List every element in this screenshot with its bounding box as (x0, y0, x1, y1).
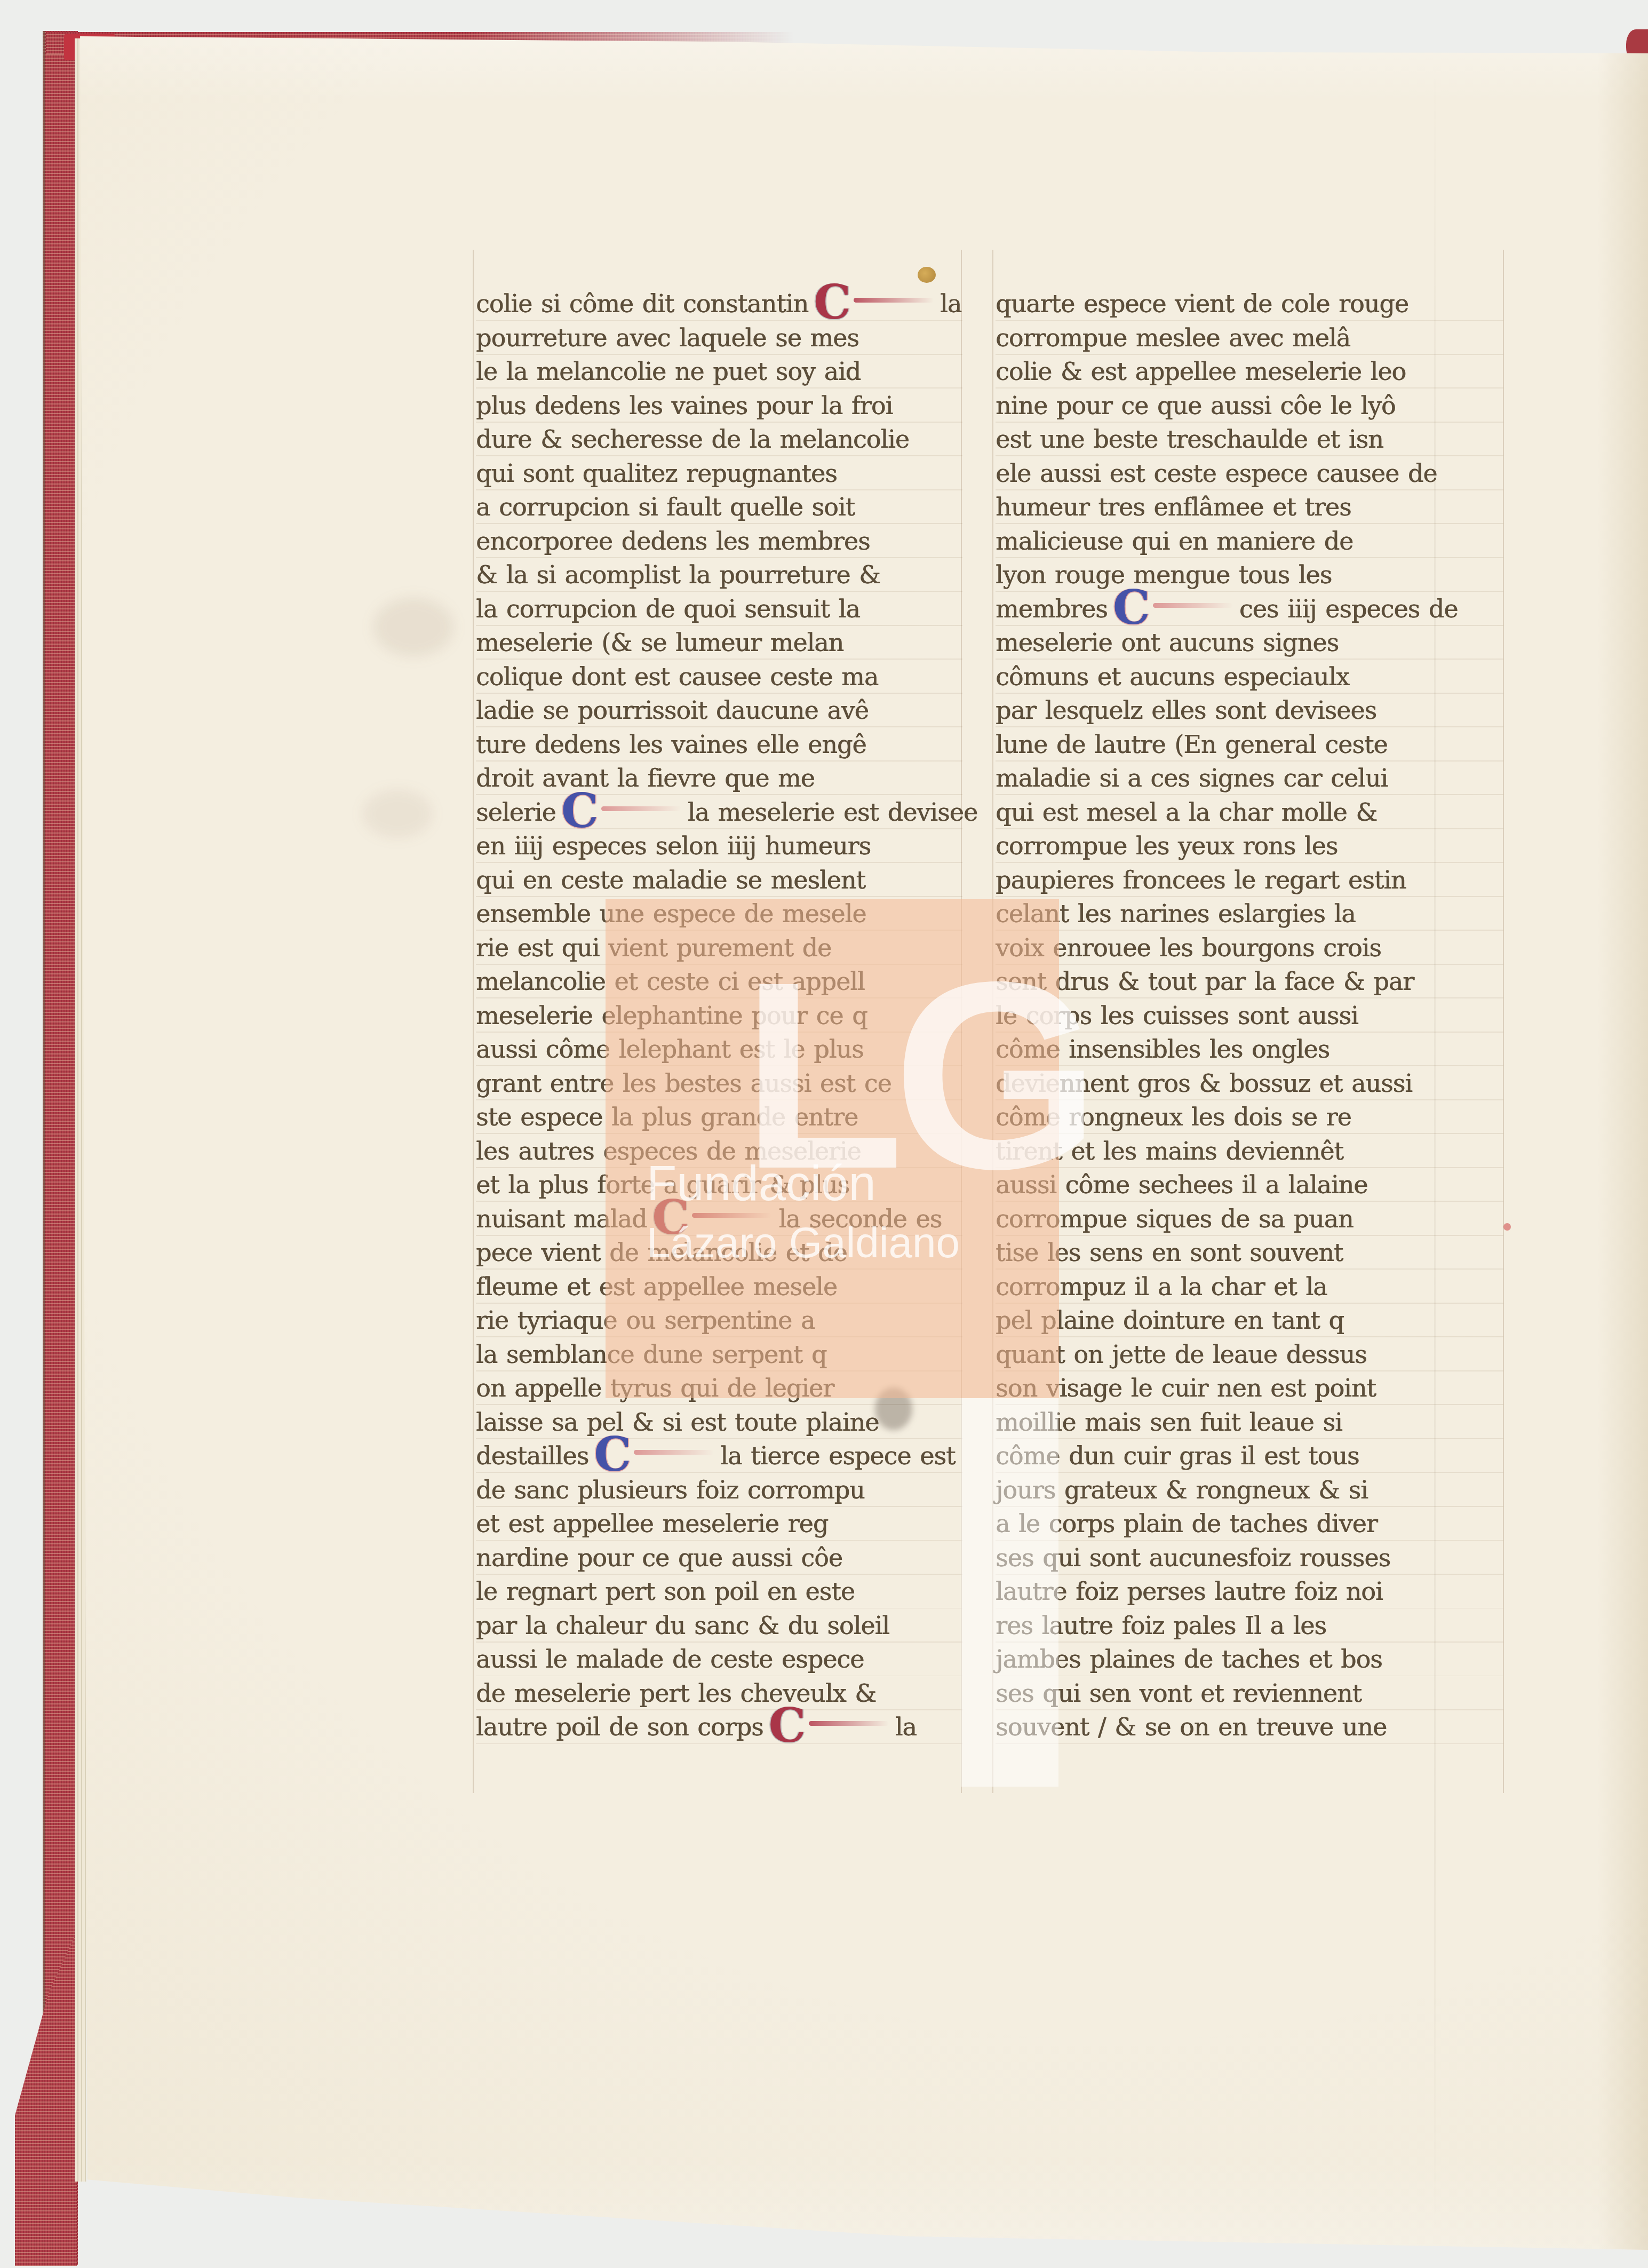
manuscript-line: ladie se pourrissoit daucune avê (476, 694, 962, 728)
manuscript-line: paupieres froncees le regart estin (996, 863, 1503, 898)
manuscript-line: qui est mesel a la char molle & (996, 796, 1503, 830)
manuscript-line: jambes plaines de taches et bos (996, 1643, 1503, 1677)
manuscript-line: ele aussi est ceste espece causee de (996, 457, 1503, 491)
manuscript-line: lyon rouge mengue tous les (996, 558, 1503, 592)
manuscript-line: malicieuse qui en maniere de (996, 525, 1503, 559)
margin-smudge (363, 790, 432, 838)
manuscript-line: lautre poil de son corpsCla (476, 1710, 962, 1744)
manuscript-text: la tierce espece est (720, 1441, 955, 1470)
manuscript-text: ces iiij especes de (1239, 594, 1458, 623)
manuscript-line: tise les sens en sont souvent (996, 1236, 1503, 1270)
manuscript-line: ses qui sont aucunesfoiz rousses (996, 1541, 1503, 1575)
manuscript-line: le la melancolie ne puet soy aid (476, 355, 962, 389)
manuscript-line: et est appellee meselerie reg (476, 1507, 962, 1541)
ink-smudge (875, 1387, 912, 1430)
manuscript-line: de sanc plusieurs foiz corrompu (476, 1473, 962, 1508)
manuscript-text: destailles (476, 1441, 588, 1470)
manuscript-line: encorporee dedens les membres (476, 525, 962, 559)
manuscript-line: nine pour ce que aussi côe le lyô (996, 389, 1503, 423)
manuscript-line: ste espece la plus grande entre (476, 1100, 962, 1135)
manuscript-line: souvent / & se on en treuve une (996, 1710, 1503, 1744)
manuscript-line: colique dont est causee ceste ma (476, 660, 962, 694)
manuscript-line: côme insensibles les ongles (996, 1033, 1503, 1067)
margin-smudge (373, 598, 453, 656)
text-column-right: quarte espece vient de cole rougecorromp… (996, 287, 1503, 1761)
manuscript-line: membresCces iiij especes de (996, 592, 1503, 627)
manuscript-line: res lautre foiz pales Il a les (996, 1609, 1503, 1643)
text-column-left: colie si côme dit constantinClapourretur… (476, 287, 962, 1761)
ruling-vertical (473, 250, 474, 1793)
manuscript-line: nardine pour ce que aussi côe (476, 1541, 962, 1575)
manuscript-line: qui sont qualitez repugnantes (476, 457, 962, 491)
manuscript-line: droit avant la fievre que me (476, 762, 962, 796)
manuscript-line: de meselerie pert les cheveulx & (476, 1677, 962, 1711)
manuscript-line: moillie mais sen fuit leaue si (996, 1406, 1503, 1440)
manuscript-line: quant on jette de leaue dessus (996, 1338, 1503, 1372)
manuscript-line: corrompue meslee avec melâ (996, 321, 1503, 355)
manuscript-line: dure & secheresse de la melancolie (476, 423, 962, 457)
manuscript-line: qui en ceste maladie se meslent (476, 863, 962, 898)
manuscript-line: lune de lautre (En general ceste (996, 728, 1503, 762)
manuscript-line: en iiij especes selon iiij humeurs (476, 829, 962, 863)
manuscript-line: est une beste treschaulde et isn (996, 423, 1503, 457)
manuscript-line: colie & est appellee meselerie leo (996, 355, 1503, 389)
manuscript-line: colie si côme dit constantinCla (476, 287, 962, 321)
manuscript-line: a le corps plain de taches diver (996, 1507, 1503, 1541)
manuscript-line: plus dedens les vaines pour la froi (476, 389, 962, 423)
decorated-initial: C (561, 806, 684, 811)
manuscript-line: par lesquelz elles sont devisees (996, 694, 1503, 728)
manuscript-line: meselerie ont aucuns signes (996, 626, 1503, 660)
manuscript-line: tirent et les mains deviennêt (996, 1135, 1503, 1169)
manuscript-text: la (895, 1712, 917, 1741)
manuscript-photo: colie si côme dit constantinClapourretur… (0, 0, 1648, 2268)
red-margin-mark (1503, 1223, 1511, 1231)
manuscript-line: selerieCla meselerie est devisee (476, 796, 962, 830)
manuscript-line: la corrupcion de quoi sensuit la (476, 592, 962, 627)
manuscript-line: voix enrouee les bourgons crois (996, 931, 1503, 965)
manuscript-line: rie tyriaque ou serpentine a (476, 1304, 962, 1338)
manuscript-line: a corrupcion si fault quelle soit (476, 490, 962, 525)
manuscript-text: selerie (476, 798, 556, 827)
manuscript-text: la meselerie est devisee (688, 798, 977, 827)
manuscript-line: par la chaleur du sanc & du soleil (476, 1609, 962, 1643)
manuscript-line: les autres especes de meselerie (476, 1135, 962, 1169)
decorated-initial: C (652, 1213, 775, 1218)
manuscript-line: humeur tres enflâmee et tres (996, 490, 1503, 525)
manuscript-line: deviennent gros & bossuz et aussi (996, 1067, 1503, 1101)
manuscript-line: pourreture avec laquele se mes (476, 321, 962, 355)
manuscript-line: meselerie elephantine pour ce q (476, 999, 962, 1033)
manuscript-line: ture dedens les vaines elle engê (476, 728, 962, 762)
binding-cloth-left (43, 31, 78, 2265)
manuscript-line: côme dun cuir gras il est tous (996, 1439, 1503, 1473)
manuscript-line: corrompue les yeux rons les (996, 829, 1503, 863)
manuscript-line: meselerie (& se lumeur melan (476, 626, 962, 660)
parchment-page: colie si côme dit constantinClapourretur… (0, 0, 1648, 2268)
manuscript-line: ensemble une espece de mesele (476, 897, 962, 931)
manuscript-line: destaillesCla tierce espece est (476, 1439, 962, 1473)
manuscript-text: membres (996, 594, 1108, 623)
manuscript-line: côme rongneux les dois se re (996, 1100, 1503, 1135)
manuscript-line: corrompue siques de sa puan (996, 1202, 1503, 1236)
manuscript-line: fleume et est appellee mesele (476, 1270, 962, 1304)
decorated-initial: C (769, 1721, 892, 1726)
manuscript-line: pel plaine dointure en tant q (996, 1304, 1503, 1338)
manuscript-text: colie si côme dit constantin (476, 289, 808, 318)
decorated-initial: C (1113, 603, 1236, 608)
manuscript-line: aussi le malade de ceste espece (476, 1643, 962, 1677)
manuscript-line: ses qui sen vont et reviennent (996, 1677, 1503, 1711)
manuscript-line: quarte espece vient de cole rouge (996, 287, 1503, 321)
manuscript-line: cômuns et aucuns especiaulx (996, 660, 1503, 694)
decorated-initial: C (594, 1450, 717, 1455)
manuscript-text: la (940, 289, 961, 318)
manuscript-text: la seconde es (778, 1204, 942, 1233)
manuscript-line: & la si acomplist la pourreture & (476, 558, 962, 592)
manuscript-line: grant entre les bestes aussi est ce (476, 1067, 962, 1101)
manuscript-line: lautre foiz perses lautre foiz noi (996, 1575, 1503, 1609)
manuscript-line: son visage le cuir nen est point (996, 1371, 1503, 1406)
decorated-initial: C (814, 298, 937, 303)
manuscript-line: le corps les cuisses sont aussi (996, 999, 1503, 1033)
manuscript-line: aussi côme lelephant est le plus (476, 1033, 962, 1067)
manuscript-line: pece vient de melancolie et de (476, 1236, 962, 1270)
manuscript-line: melancolie et ceste ci est appell (476, 965, 962, 999)
ruling-vertical (992, 250, 993, 1793)
manuscript-line: aussi côme sechees il a lalaine (996, 1168, 1503, 1202)
manuscript-line: le regnart pert son poil en este (476, 1575, 962, 1609)
manuscript-line: rie est qui vient purement de (476, 931, 962, 965)
manuscript-line: corrompuz il a la char et la (996, 1270, 1503, 1304)
manuscript-line: maladie si a ces signes car celui (996, 762, 1503, 796)
manuscript-line: sent drus & tout par la face & par (996, 965, 1503, 999)
manuscript-line: nuisant maladCla seconde es (476, 1202, 962, 1236)
manuscript-text: nuisant malad (476, 1204, 647, 1233)
manuscript-line: la semblance dune serpent q (476, 1338, 962, 1372)
manuscript-line: celant les narines eslargies la (996, 897, 1503, 931)
manuscript-text: lautre poil de son corps (476, 1712, 763, 1741)
manuscript-line: et la plus forte a guarir & plus (476, 1168, 962, 1202)
manuscript-line: jours grateux & rongneux & si (996, 1473, 1503, 1508)
